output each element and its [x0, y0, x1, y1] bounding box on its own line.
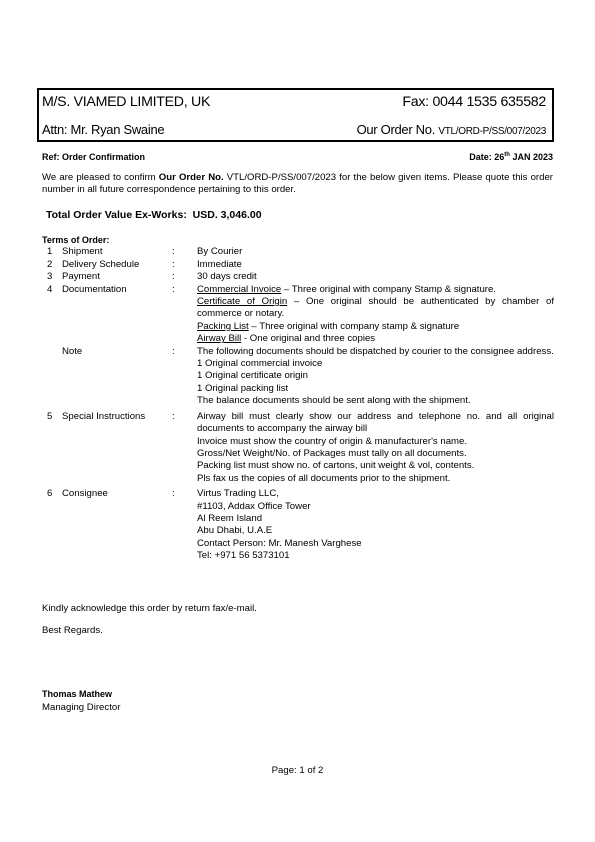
term-value: The balance documents should be sent alo…	[197, 395, 554, 407]
term-label: Special Instructions	[62, 411, 145, 423]
term-values: Commercial Invoice – Three original with…	[197, 284, 554, 346]
term-colon: :	[172, 271, 175, 283]
term-values: By Courier	[197, 246, 554, 258]
term-value: Pls fax us the copies of all documents p…	[197, 473, 554, 485]
recipient-name: M/S. VIAMED LIMITED, UK	[42, 94, 210, 110]
header-box: M/S. VIAMED LIMITED, UK Fax: 0044 1535 6…	[37, 88, 554, 142]
term-value: Packing list must show no. of cartons, u…	[197, 460, 554, 472]
term-label: Payment	[62, 271, 100, 283]
term-row: 5Special Instructions:Airway bill must c…	[42, 411, 554, 485]
term-value: Airway bill must clearly show our addres…	[197, 411, 554, 436]
term-row: 3Payment:30 days credit	[42, 271, 554, 283]
term-value: #1103, Addax Office Tower	[197, 501, 554, 513]
document-text: – Three original with company stamp & si…	[249, 321, 459, 332]
document-title: Commercial Invoice	[197, 284, 281, 295]
terms-title: Terms of Order:	[42, 234, 554, 246]
document-title: Airway Bill	[197, 333, 241, 344]
term-value: Al Reem Island	[197, 513, 554, 525]
term-label: Documentation	[62, 284, 127, 296]
term-colon: :	[172, 259, 175, 271]
term-number: 3	[47, 271, 52, 283]
terms-of-order: Terms of Order: 1Shipment:By Courier2Del…	[42, 234, 554, 563]
term-number: 5	[47, 411, 52, 423]
term-value: The following documents should be dispat…	[197, 346, 554, 358]
date-line: Date: 26th JAN 2023	[469, 152, 553, 162]
order-number-line: Our Order No. VTL/ORD-P/SS/007/2023	[357, 122, 546, 137]
term-label: Shipment	[62, 246, 103, 258]
term-values: Airway bill must clearly show our addres…	[197, 411, 554, 485]
attention-line: Attn: Mr. Ryan Swaine	[42, 122, 164, 137]
term-number: 6	[47, 488, 52, 500]
intro-bold: Our Order No.	[159, 172, 224, 183]
term-row: 6Consignee:Virtus Trading LLC,#1103, Add…	[42, 488, 554, 562]
document-requirement: Certificate of Origin – One original sho…	[197, 296, 554, 321]
fax-number: Fax: 0044 1535 635582	[402, 94, 546, 110]
term-values: Virtus Trading LLC,#1103, Addax Office T…	[197, 488, 554, 562]
document-requirement: Airway Bill - One original and three cop…	[197, 333, 554, 345]
term-row: 2Delivery Schedule:Immediate	[42, 259, 554, 271]
regards-line: Best Regards.	[42, 625, 103, 636]
term-number: 1	[47, 246, 52, 258]
total-order-value: Total Order Value Ex-Works: USD. 3,046.0…	[46, 209, 262, 221]
date-day: Date: 26	[469, 152, 504, 162]
document-title: Packing List	[197, 321, 249, 332]
term-label: Delivery Schedule	[62, 259, 139, 271]
document-title: Certificate of Origin	[197, 296, 287, 307]
term-values: Immediate	[197, 259, 554, 271]
term-value: Gross/Net Weight/No. of Packages must ta…	[197, 448, 554, 460]
term-colon: :	[172, 411, 175, 423]
term-label: Consignee	[62, 488, 108, 500]
intro-text-1: We are pleased to confirm	[42, 172, 159, 183]
total-label: Total Order Value Ex-Works:	[46, 209, 187, 221]
term-number: 2	[47, 259, 52, 271]
acknowledge-line: Kindly acknowledge this order by return …	[42, 603, 257, 614]
order-number-label: Our Order No.	[357, 122, 435, 137]
term-colon: :	[172, 346, 175, 358]
term-row: 4Documentation:Commercial Invoice – Thre…	[42, 284, 554, 346]
term-value: 1 Original packing list	[197, 383, 554, 395]
term-value: By Courier	[197, 246, 554, 258]
date-rest: JAN 2023	[510, 152, 553, 162]
term-values: The following documents should be dispat…	[197, 346, 554, 408]
term-row: Note:The following documents should be d…	[42, 346, 554, 408]
signatory-title: Managing Director	[42, 702, 120, 713]
term-value: Invoice must show the country of origin …	[197, 436, 554, 448]
intro-paragraph: We are pleased to confirm Our Order No. …	[42, 172, 553, 196]
page-number: Page: 1 of 2	[0, 765, 595, 776]
document-text: – Three original with company Stamp & si…	[281, 284, 496, 295]
term-colon: :	[172, 488, 175, 500]
term-value: 30 days credit	[197, 271, 554, 283]
reference-line: Ref: Order Confirmation	[42, 152, 145, 162]
term-values: 30 days credit	[197, 271, 554, 283]
term-number: 4	[47, 284, 52, 296]
signatory-name: Thomas Mathew	[42, 689, 112, 699]
document-requirement: Packing List – Three original with compa…	[197, 321, 554, 333]
term-value: Virtus Trading LLC,	[197, 488, 554, 500]
document-requirement: Commercial Invoice – Three original with…	[197, 284, 554, 296]
term-value: Abu Dhabi, U.A.E	[197, 525, 554, 537]
term-colon: :	[172, 246, 175, 258]
term-label: Note	[62, 346, 82, 358]
term-value: Immediate	[197, 259, 554, 271]
total-value: USD. 3,046.00	[193, 209, 262, 221]
term-value: Contact Person: Mr. Manesh Varghese	[197, 538, 554, 550]
term-value: 1 Original certificate origin	[197, 370, 554, 382]
order-number-value: VTL/ORD-P/SS/007/2023	[438, 126, 546, 137]
term-value: 1 Original commercial invoice	[197, 358, 554, 370]
document-text: - One original and three copies	[241, 333, 375, 344]
term-value: Tel: +971 56 5373101	[197, 550, 554, 562]
term-row: 1Shipment:By Courier	[42, 246, 554, 258]
term-colon: :	[172, 284, 175, 296]
